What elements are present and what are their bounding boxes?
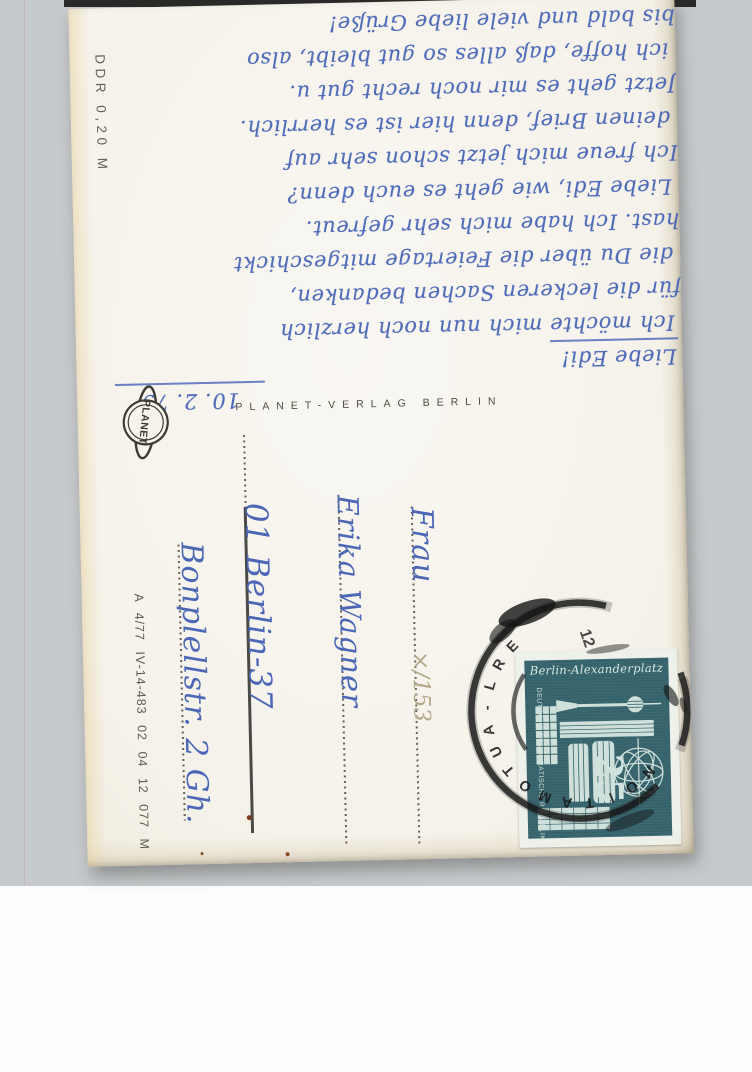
svg-text:A: A [480,723,498,737]
message-salutation: Liebe Edi! [550,337,678,376]
svg-text:E: E [504,638,522,656]
handwritten-message: 10. 2. 79 Liebe Edi! Ich möchte mich nun… [80,0,683,421]
svg-text:R: R [490,656,509,673]
svg-text:L: L [482,679,500,692]
svg-text:T: T [500,761,518,778]
foxing-spot [286,852,290,856]
svg-text:A: A [560,793,573,810]
address-recipient-name: Erika Wagner [330,494,369,708]
svg-text:U: U [487,743,506,759]
address-street: Bonplellstr. 2 Gh. [173,542,214,825]
address-guide-line-city-top [243,435,247,507]
svg-text:-: - [479,705,495,710]
price-code: DDR 0,20 M [92,54,110,174]
postmark-inner-ring [512,643,647,778]
svg-text:O: O [516,776,534,796]
postmark: 12 ERL-AUTOMATION [457,583,694,855]
postcard-back: 10. 2. 79 Liebe Edi! Ich möchte mich nun… [68,0,693,867]
svg-text:N: N [639,763,658,781]
foxing-spot [201,852,204,855]
scanned-postcard-photo: 10. 2. 79 Liebe Edi! Ich möchte mich nun… [0,0,752,1072]
svg-text:M: M [537,786,554,805]
svg-text:I: I [607,789,616,805]
foxing-spot [247,815,252,820]
print-order-code: A 4/77 IV-14-483 02 04 12 077 M [132,593,152,850]
pencil-annotation: ×/153 [407,651,435,722]
address-city: 01 Berlin-37 [238,502,279,710]
scanner-white-area [0,886,752,1072]
planet-verlag-logo-icon: PLANET [106,380,186,464]
address-recipient-title: Frau [404,507,441,584]
svg-text:O: O [622,777,640,797]
svg-text:T: T [584,794,595,811]
scan-artifact-line [24,0,25,886]
postmark-hour: 12 [576,627,598,650]
